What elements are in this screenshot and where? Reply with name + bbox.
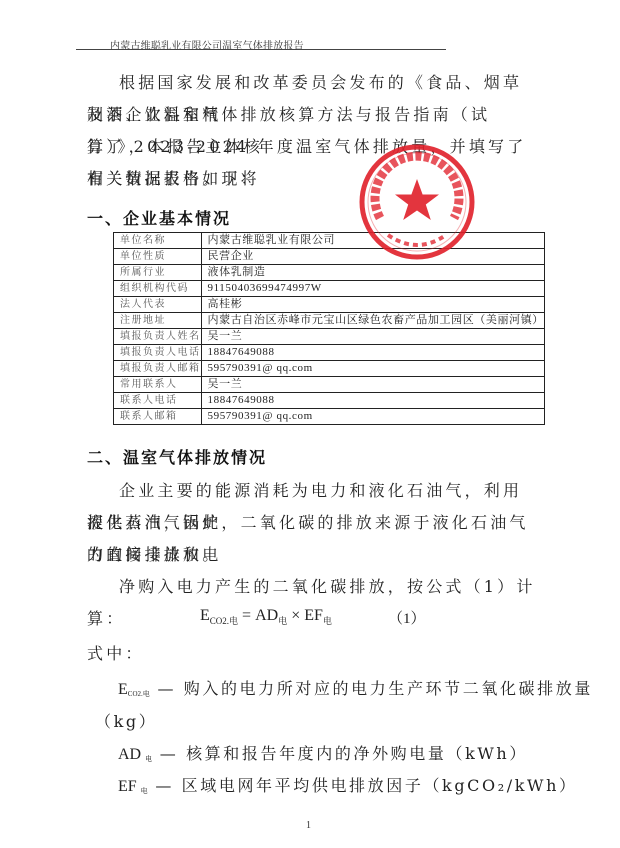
formula-ef: × EF	[287, 607, 323, 624]
definition-ad: AD 电 — 核算和报告年度内的净外购电量（kWh）	[118, 741, 528, 764]
formula-ad: = AD	[238, 607, 278, 624]
table-row: 常用联系人吴一兰	[114, 377, 545, 393]
formula-ef-subscript: 电	[323, 616, 332, 626]
field-label: 填报负责人姓名	[114, 329, 202, 345]
definition-ef: EF 电 — 区域电网年平均供电排放因子（kgCO₂/kWh）	[118, 773, 578, 796]
table-row: 单位性质民营企业	[114, 249, 545, 265]
field-label: 填报负责人邮箱	[114, 361, 202, 377]
field-label: 注册地址	[114, 313, 202, 329]
field-label: 单位名称	[114, 233, 202, 249]
definition-symbol: EF	[118, 778, 137, 795]
table-row: 填报负责人电话18847649088	[114, 345, 545, 361]
equation-number: （1）	[388, 607, 426, 628]
table-row: 填报负责人邮箱595790391@ qq.com	[114, 361, 545, 377]
formula-lhs: E	[200, 607, 210, 624]
page-number: 1	[306, 820, 311, 831]
definition-text: — 购入的电力所对应的电力生产环节二氧化碳排放量	[150, 679, 593, 698]
field-label: 常用联系人	[114, 377, 202, 393]
field-value: 18847649088	[201, 393, 544, 409]
field-label: 单位性质	[114, 249, 202, 265]
table-row: 法人代表高桂彬	[114, 297, 545, 313]
section-2-para-1-line-3: 力的间接排放。	[87, 539, 537, 571]
table-row: 组织机构代码91150403699474997W	[114, 281, 545, 297]
field-label: 所属行业	[114, 265, 202, 281]
table-row: 联系人电话18847649088	[114, 393, 545, 409]
table-row: 填报负责人姓名吴一兰	[114, 329, 545, 345]
field-value: 液体乳制造	[201, 265, 544, 281]
definition-text: — 区域电网年平均供电排放因子（kgCO₂/kWh）	[148, 776, 578, 795]
definition-symbol: AD	[118, 746, 141, 763]
definition-subscript: CO2.电	[128, 690, 150, 698]
field-label: 联系人电话	[114, 393, 202, 409]
star-icon	[395, 179, 439, 220]
table-row: 联系人邮箱595790391@ qq.com	[114, 409, 545, 425]
section-1-heading: 一、企业基本情况	[87, 206, 231, 229]
emission-formula: ECO2.电 = AD电 × EF电	[200, 607, 332, 627]
field-label: 填报负责人电话	[114, 345, 202, 361]
field-label: 组织机构代码	[114, 281, 202, 297]
table-row: 注册地址内蒙古自治区赤峰市元宝山区绿色农畜产品加工园区（美丽河镇）	[114, 313, 545, 329]
company-seal-stamp	[358, 143, 476, 261]
definition-continuation: （kg）	[95, 709, 157, 732]
table-row: 单位名称内蒙古维聪乳业有限公司	[114, 233, 545, 249]
formula-lhs-subscript: CO2.电	[210, 616, 238, 626]
field-value: 18847649088	[201, 345, 544, 361]
definition-symbol: E	[118, 681, 128, 698]
field-value: 91150403699474997W	[201, 281, 544, 297]
company-info-table: 单位名称内蒙古维聪乳业有限公司 单位性质民营企业 所属行业液体乳制造 组织机构代…	[113, 232, 545, 425]
definition-e-co2: ECO2.电 — 购入的电力所对应的电力生产环节二氧化碳排放量	[118, 676, 593, 699]
field-value: 内蒙古自治区赤峰市元宝山区绿色农畜产品加工园区（美丽河镇）	[201, 313, 544, 329]
where-label: 式中：	[87, 638, 537, 670]
field-value: 吴一兰	[201, 377, 544, 393]
field-value: 595790391@ qq.com	[201, 409, 544, 425]
definition-text: — 核算和报告年度内的净外购电量（kWh）	[152, 744, 528, 763]
field-label: 法人代表	[114, 297, 202, 313]
field-value: 吴一兰	[201, 329, 544, 345]
field-value: 高桂彬	[201, 297, 544, 313]
header-divider	[76, 49, 446, 50]
field-label: 联系人邮箱	[114, 409, 202, 425]
formula-ad-subscript: 电	[278, 616, 287, 626]
section-2-heading: 二、温室气体排放情况	[87, 445, 267, 468]
definition-subscript: 电	[141, 787, 148, 795]
field-value: 595790391@ qq.com	[201, 361, 544, 377]
table-row: 所属行业液体乳制造	[114, 265, 545, 281]
